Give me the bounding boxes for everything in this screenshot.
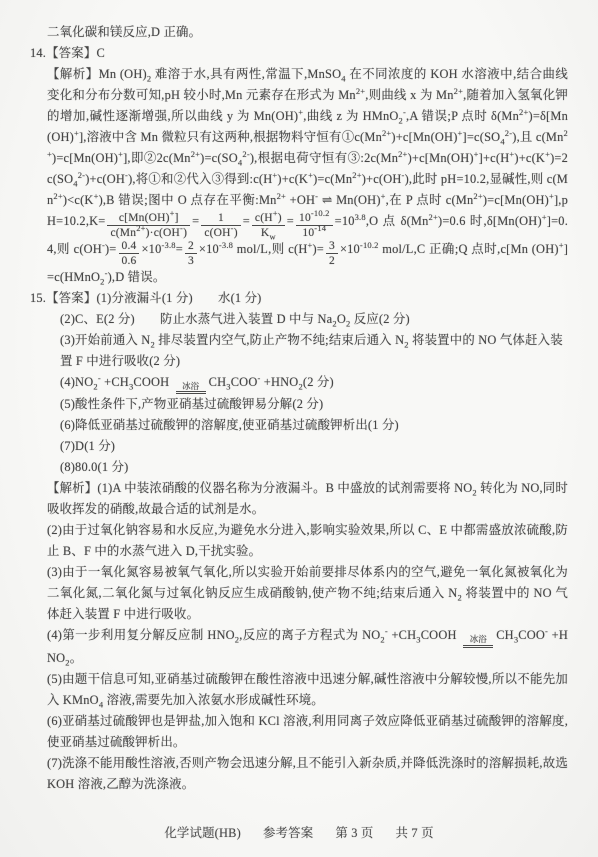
fraction: 0.40.6 <box>119 240 140 267</box>
reaction-condition: 冰浴 <box>176 382 206 395</box>
fraction: c[Mn(OH)+]c(Mn2+)·c(OH-) <box>107 212 190 239</box>
paragraph: (3)开始前通入 N2 排尽装置内空气,防止产物不纯;结束后通入 N2 将装置中… <box>30 330 568 372</box>
fraction: 32 <box>326 240 338 267</box>
paragraph: (6)亚硝基过硫酸钾也是钾盐,加入饱和 KCl 溶液,利用同离子效应降低亚硝基过… <box>30 711 568 753</box>
paragraph: 14.【答案】C <box>30 43 568 64</box>
paragraph: (2)由于过氧化钠容易和水反应,为避免水分进入,影响实验效果,所以 C、E 中都… <box>30 520 568 562</box>
reaction-condition: 冰浴 <box>463 635 493 648</box>
page-footer: 化学试题(HB)参考答案第 3 页共 7 页 <box>0 823 598 841</box>
paragraph: 【解析】(1)A 中装浓硝酸的仪器名称为分液漏斗。B 中盛放的试剂需要将 NO2… <box>30 478 568 520</box>
paragraph: (2)C、E(2 分) 防止水蒸气进入装置 D 中与 Na2O2 反应(2 分) <box>30 309 568 330</box>
paragraph: (7)D(1 分) <box>30 436 568 457</box>
paragraph: (8)80.0(1 分) <box>30 457 568 478</box>
paragraph: (5)由题干信息可知,亚硝基过硫酸钾在酸性溶液中迅速分解,碱性溶液中分解较慢,所… <box>30 669 568 711</box>
paragraph: (7)洗涤不能用酸性溶液,否则产物会迅速分解,且不能引入新杂质,并降低洗涤时的溶… <box>30 753 568 795</box>
fraction: 23 <box>185 240 197 267</box>
footer-page-number: 第 3 页 <box>335 826 373 840</box>
fraction: 1c(OH-) <box>201 212 240 239</box>
paragraph: (4)第一步利用复分解反应制 HNO2,反应的离子方程式为 NO2- +CH3C… <box>30 625 568 669</box>
paragraph: 【解析】Mn (OH)2 难溶于水,具有两性,常温下,MnSO4 在不同浓度的 … <box>30 64 568 288</box>
paragraph: (3)由于一氧化氮容易被氧气氧化,所以实验开始前要排尽体系内的空气,避免一氧化氮… <box>30 562 568 625</box>
paragraph: (6)降低亚硝基过硫酸钾的溶解度,使亚硝基过硫酸钾析出(1 分) <box>30 415 568 436</box>
paragraph: (4)NO2- +CH3COOH 冰浴CH3COO- +HNO2(2 分) <box>30 372 568 395</box>
footer-subject: 化学试题(HB) <box>164 826 241 840</box>
answer-content: 二氧化碳和镁反应,D 正确。14.【答案】C【解析】Mn (OH)2 难溶于水,… <box>30 22 568 795</box>
footer-ref-answer: 参考答案 <box>263 826 313 840</box>
paragraph: 二氧化碳和镁反应,D 正确。 <box>30 22 568 43</box>
scanned-answer-page: 二氧化碳和镁反应,D 正确。14.【答案】C【解析】Mn (OH)2 难溶于水,… <box>0 0 598 857</box>
paragraph: 15.【答案】(1)分液漏斗(1 分) 水(1 分) <box>30 288 568 309</box>
fraction: c(H+)Kw <box>252 212 285 239</box>
fraction: 10-10.210-14 <box>296 212 333 239</box>
paragraph: (5)酸性条件下,产物亚硝基过硫酸钾易分解(2 分) <box>30 394 568 415</box>
footer-total-pages: 共 7 页 <box>396 826 434 840</box>
